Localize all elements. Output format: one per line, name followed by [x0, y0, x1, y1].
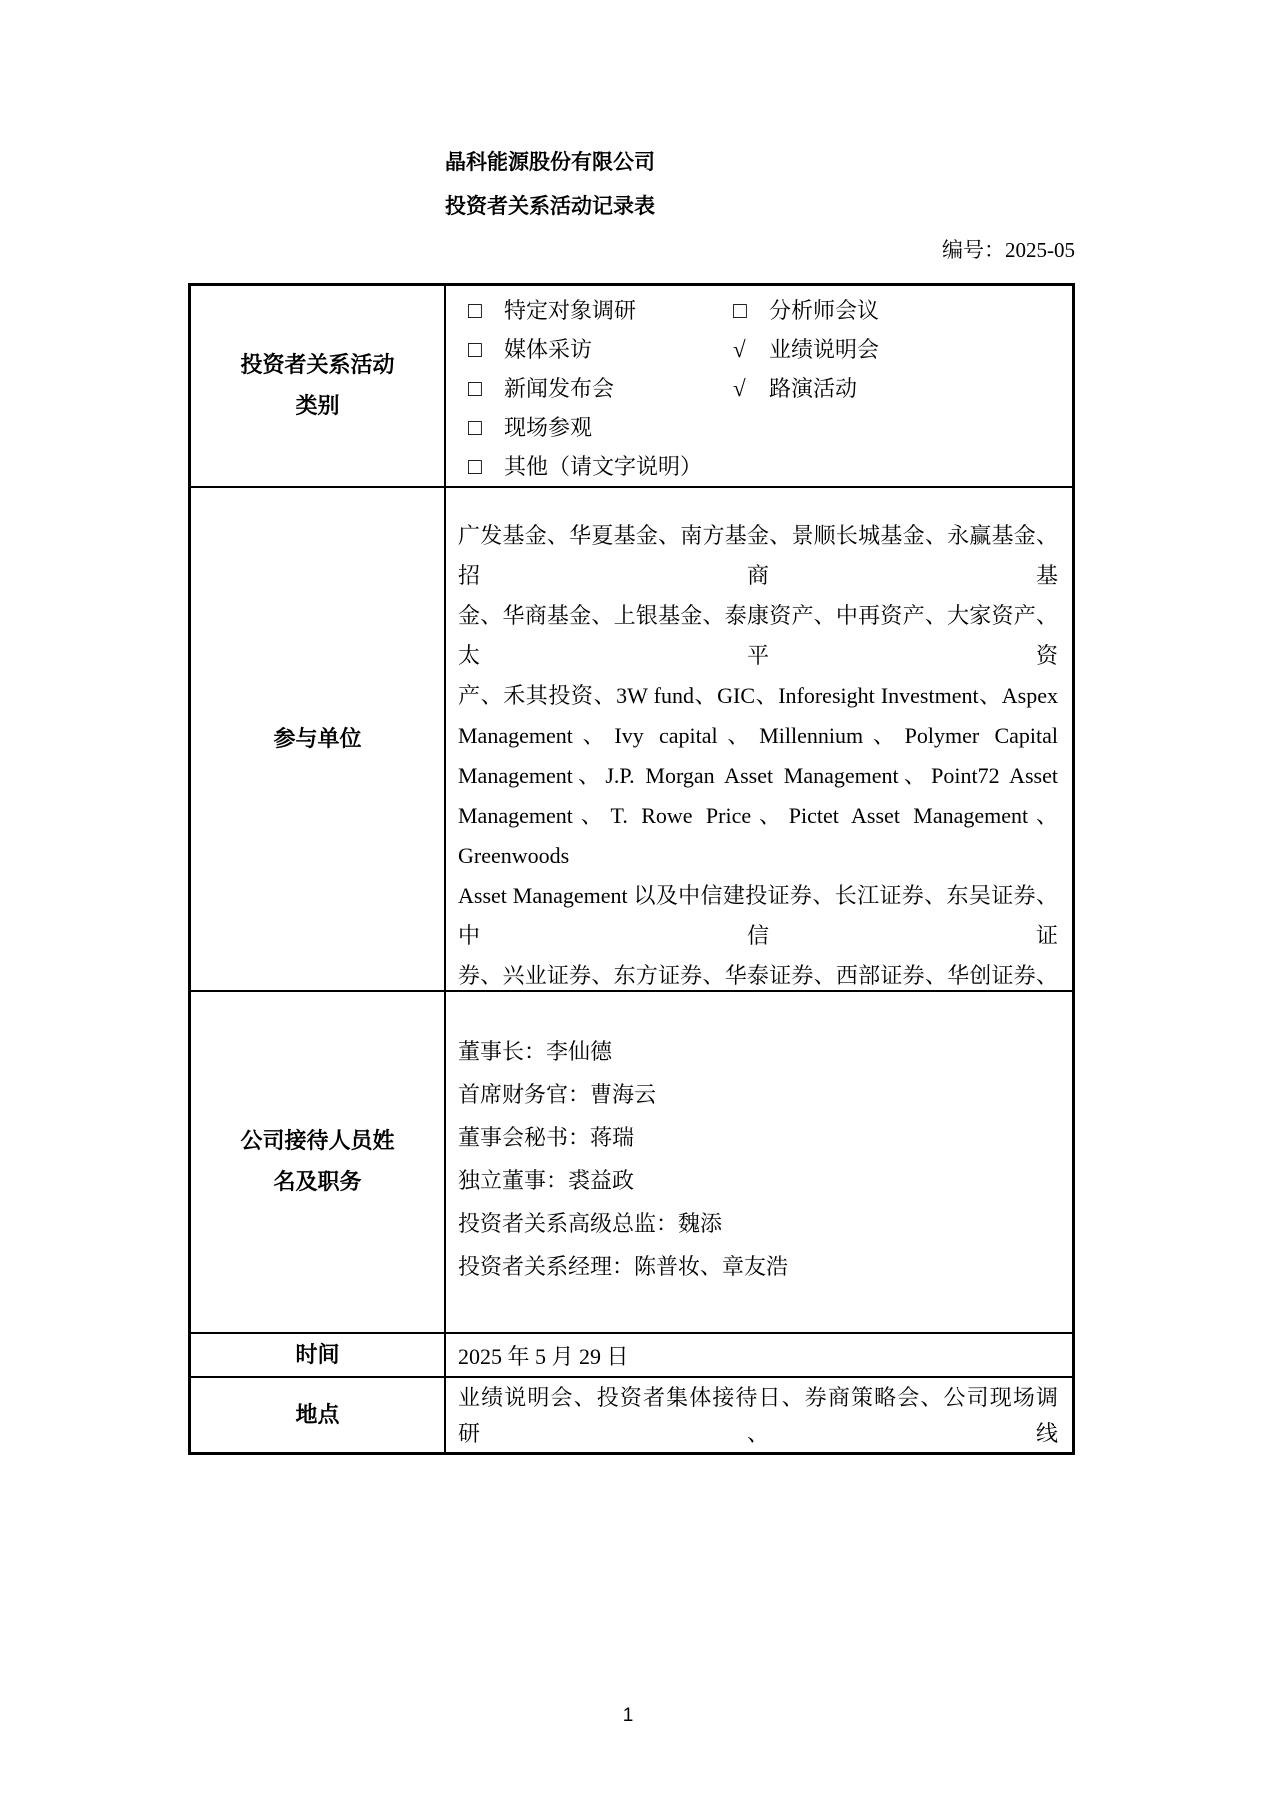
- time-header: 时间: [191, 1334, 446, 1376]
- document-titles: 晶科能源股份有限公司 投资者关系活动记录表: [0, 140, 1100, 228]
- participants-line: Management、J.P. Morgan Asset Management、…: [458, 756, 1058, 796]
- participants-line: Management、Ivy capital、Millennium、Polyme…: [458, 716, 1058, 756]
- activity-option-label: 媒体采访: [504, 337, 592, 362]
- location-text: 业绩说明会、投资者集体接待日、券商策略会、公司现场调研、线 上电话会议、机构反路…: [446, 1378, 1072, 1452]
- checkbox-icon: □: [468, 447, 504, 486]
- reception-header-line1: 公司接待人员姓: [240, 1121, 394, 1162]
- row-participants: 参与单位 广发基金、华夏基金、南方基金、景顺长城基金、永赢基金、招商基 金、华商…: [191, 486, 1072, 990]
- reception-header: 公司接待人员姓 名及职务: [191, 992, 446, 1332]
- activity-type-header-line1: 投资者关系活动: [240, 345, 394, 386]
- activity-type-header: 投资者关系活动 类别: [191, 286, 446, 486]
- activity-option-label: 现场参观: [504, 415, 592, 440]
- checkbox-icon: □: [733, 291, 769, 330]
- participants-line: 产、禾其投资、3W fund、GIC、Inforesight Investmen…: [458, 676, 1058, 716]
- activity-option-label: 新闻发布会: [504, 376, 614, 401]
- checkbox-icon: □: [468, 291, 504, 330]
- time-value-text: 2025 年 5 月 29 日: [458, 1340, 629, 1371]
- time-value: 2025 年 5 月 29 日: [446, 1334, 1072, 1376]
- row-time: 时间 2025 年 5 月 29 日: [191, 1332, 1072, 1376]
- reception-header-line2: 名及职务: [273, 1162, 361, 1203]
- row-activity-type: 投资者关系活动 类别 □特定对象调研 □媒体采访 □新闻发布会 □现场参观 □其…: [191, 286, 1072, 486]
- ir-activity-table: 投资者关系活动 类别 □特定对象调研 □媒体采访 □新闻发布会 □现场参观 □其…: [188, 283, 1075, 1455]
- participants-header: 参与单位: [191, 488, 446, 990]
- activity-option: √路演活动: [733, 369, 879, 408]
- personnel-line: 独立董事：裘益政: [458, 1159, 1058, 1202]
- activity-type-options: □特定对象调研 □媒体采访 □新闻发布会 □现场参观 □其他（请文字说明） □分…: [446, 286, 1072, 486]
- personnel-line: 董事长：李仙德: [458, 1030, 1058, 1073]
- activity-option: □其他（请文字说明）: [468, 447, 733, 486]
- checkmark-icon: √: [733, 330, 769, 369]
- checkbox-icon: □: [468, 369, 504, 408]
- participants-line: Management、T. Rowe Price、Pictet Asset Ma…: [458, 796, 1058, 876]
- activity-option-label: 其他（请文字说明）: [504, 454, 702, 479]
- activity-option: □新闻发布会: [468, 369, 733, 408]
- participants-line: 广发基金、华夏基金、南方基金、景顺长城基金、永赢基金、招商基: [458, 516, 1058, 596]
- personnel-line: 投资者关系高级总监：魏添: [458, 1202, 1058, 1245]
- checkbox-icon: □: [468, 330, 504, 369]
- activity-options-columns: □特定对象调研 □媒体采访 □新闻发布会 □现场参观 □其他（请文字说明） □分…: [468, 291, 1058, 486]
- activity-option: □媒体采访: [468, 330, 733, 369]
- personnel-line: 投资者关系经理：陈普妆、章友浩: [458, 1245, 1058, 1288]
- activity-option-label: 路演活动: [769, 376, 857, 401]
- activity-option: □特定对象调研: [468, 291, 733, 330]
- activity-options-right: □分析师会议 √业绩说明会 √路演活动: [733, 291, 879, 486]
- participants-line: 金、华商基金、上银基金、泰康资产、中再资产、大家资产、太平资: [458, 596, 1058, 676]
- activity-type-header-line2: 类别: [295, 386, 339, 427]
- participants-line: Asset Management 以及中信建投证券、长江证券、东吴证券、中信证: [458, 876, 1058, 956]
- location-line: 业绩说明会、投资者集体接待日、券商策略会、公司现场调研、线: [458, 1380, 1058, 1452]
- company-title: 晶科能源股份有限公司: [0, 140, 1100, 184]
- activity-option: √业绩说明会: [733, 330, 879, 369]
- page-number: 1: [0, 1705, 1256, 1727]
- participants-text: 广发基金、华夏基金、南方基金、景顺长城基金、永赢基金、招商基 金、华商基金、上银…: [446, 488, 1072, 990]
- activity-option-label: 业绩说明会: [769, 337, 879, 362]
- checkbox-icon: □: [468, 408, 504, 447]
- row-location: 地点 业绩说明会、投资者集体接待日、券商策略会、公司现场调研、线 上电话会议、机…: [191, 1376, 1072, 1452]
- activity-option-label: 特定对象调研: [504, 298, 636, 323]
- reception-personnel-list: 董事长：李仙德 首席财务官：曹海云 董事会秘书：蒋瑞 独立董事：裘益政 投资者关…: [446, 992, 1072, 1332]
- row-reception-personnel: 公司接待人员姓 名及职务 董事长：李仙德 首席财务官：曹海云 董事会秘书：蒋瑞 …: [191, 990, 1072, 1332]
- checkmark-icon: √: [733, 369, 769, 408]
- activity-option-label: 分析师会议: [769, 298, 879, 323]
- doc-number: 编号：2025-05: [942, 234, 1075, 264]
- doc-title: 投资者关系活动记录表: [0, 184, 1100, 228]
- participants-line: 券、兴业证券、东方证券、华泰证券、西部证券、华创证券、财通证: [458, 956, 1058, 990]
- location-header: 地点: [191, 1378, 446, 1452]
- activity-option: □分析师会议: [733, 291, 879, 330]
- document-page: 晶科能源股份有限公司 投资者关系活动记录表 编号：2025-05 投资者关系活动…: [0, 0, 1270, 1796]
- personnel-line: 首席财务官：曹海云: [458, 1073, 1058, 1116]
- activity-option: □现场参观: [468, 408, 733, 447]
- activity-options-left: □特定对象调研 □媒体采访 □新闻发布会 □现场参观 □其他（请文字说明）: [468, 291, 733, 486]
- personnel-line: 董事会秘书：蒋瑞: [458, 1116, 1058, 1159]
